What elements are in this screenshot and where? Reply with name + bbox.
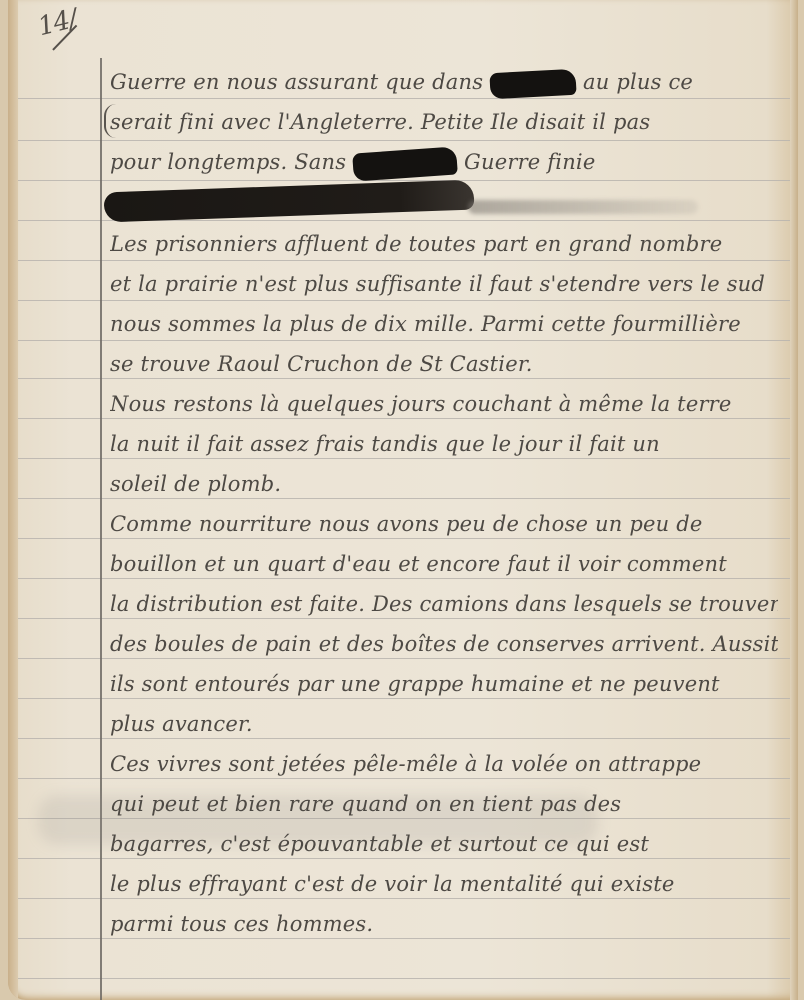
text-line-14: la distribution est faite. Des camions d… — [110, 584, 778, 624]
page-edge-left — [8, 0, 18, 1000]
text-line-17: plus avancer. — [110, 704, 778, 744]
text-line-20: bagarres, c'est épouvantable et surtout … — [110, 824, 778, 864]
text-line-21: le plus effrayant c'est de voir la menta… — [110, 864, 778, 904]
ruled-line — [18, 978, 790, 979]
ink-smudge — [468, 200, 698, 214]
text-line-13: bouillon et un quart d'eau et encore fau… — [110, 544, 778, 584]
page-number: 14/ — [35, 4, 80, 43]
line-text-before: pour longtemps. Sans — [110, 150, 346, 174]
text-line-12: Comme nourriture nous avons peu de chose… — [110, 504, 778, 544]
line-text-after: au plus ce — [583, 70, 693, 94]
text-line-9: Nous restons là quelques jours couchant … — [110, 384, 778, 424]
margin-line — [100, 58, 102, 1000]
text-line-16: ils sont entourés par une grappe humaine… — [110, 664, 778, 704]
text-line-3: pour longtemps. Sans [redacted] Guerre f… — [110, 142, 778, 182]
line-text-before: Guerre en nous assurant que dans — [110, 70, 483, 94]
text-line-19: qui peut et bien rare quand on en tient … — [110, 784, 778, 824]
text-line-11: soleil de plomb. — [110, 464, 778, 504]
text-line-22: parmi tous ces hommes. — [110, 904, 778, 944]
text-line-6: et la prairie n'est plus suffisante il f… — [110, 264, 778, 304]
page-edge-right — [790, 0, 798, 1000]
line-text-after: Guerre finie — [464, 150, 595, 174]
text-line-5: Les prisonniers affluent de toutes part … — [110, 224, 778, 264]
notebook-page: 14/ Guerre en nous assurant que dans [re… — [8, 0, 798, 1000]
redaction-mark: [redacted] — [352, 146, 458, 181]
text-line-8: se trouve Raoul Cruchon de St Castier. — [110, 344, 778, 384]
text-line-18: Ces vivres sont jetées pêle-mêle à la vo… — [110, 744, 778, 784]
redaction-mark-full-line: [redacted] — [104, 180, 475, 223]
redaction-mark: [redacted] — [489, 68, 576, 98]
text-line-7: nous sommes la plus de dix mille. Parmi … — [110, 304, 778, 344]
text-line-10: la nuit il fait assez frais tandis que l… — [110, 424, 778, 464]
text-line-2: serait fini avec l'Angleterre. Petite Il… — [110, 102, 778, 142]
text-line-1: Guerre en nous assurant que dans [redact… — [110, 62, 778, 102]
text-line-15: des boules de pain et des boîtes de cons… — [110, 624, 778, 664]
